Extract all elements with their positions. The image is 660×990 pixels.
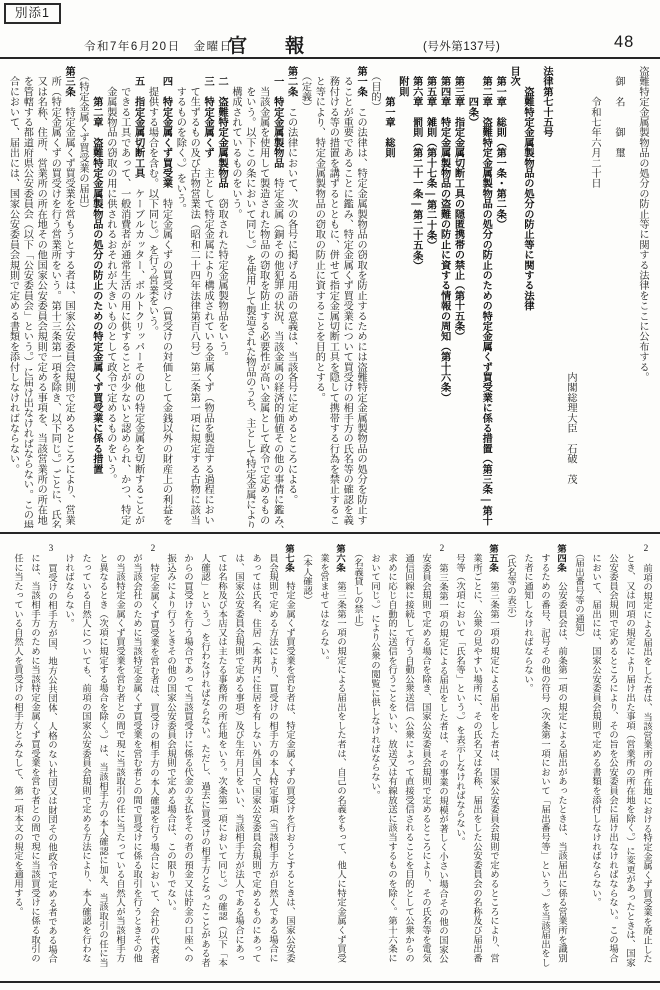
- text-column: 附則: [395, 66, 409, 528]
- text-column: するための番号、記号その他の符号（次条第一項において「届出番号等」という。）を当…: [535, 544, 552, 980]
- text-column: 務付ける等の措置を講ずるとともに、併せて指定金属切断工具を隠して携帯する行為を禁…: [325, 66, 339, 528]
- text-column: 2 第三条第一項の規定による届出をした者は、その事業の規模が著しく小さい場合その…: [433, 544, 450, 980]
- header-page-number: 48: [614, 33, 634, 52]
- text-column: 目次: [506, 66, 520, 528]
- text-column: 第五章 雑則（第十七条―第二十条）: [423, 66, 437, 528]
- text-column: 第一条 この法律は、特定金属製物品の窃取を防止するためには盗難特定金属製物品の処…: [353, 66, 367, 528]
- mid-divider-rule: [0, 532, 660, 534]
- text-column: （定義）: [298, 66, 312, 528]
- text-column: からの買受けを行う場合であって当該買受けに係る代金の支払をその者の預金又は貯金の…: [178, 544, 195, 980]
- text-column: 一 特定金属製物品 特定金属（銅その他犯罪の状況、当該金属の経済的価値その他の事…: [270, 66, 284, 528]
- header-date: 令和7年6月20日 金曜日: [84, 38, 233, 54]
- text-column: （届出番号等の通知）: [569, 544, 586, 980]
- text-column: 第二章 盗難特定金属製物品の処分の防止のための特定金属くず買受業に係る措置: [89, 66, 103, 528]
- text-column: 五 指定金属切断工具 ケーブルカッター、ボルトクリッパーその他の特定金属を切断す…: [131, 66, 145, 528]
- text-column: 当該金属を使用して製造された物品の窃取を防止する必要性が高い金属として政令で定め…: [256, 66, 270, 528]
- text-column: は、国家公安委員会規則で定める事項）及び生年月日をいい、当該相手方が法人である場…: [229, 544, 246, 980]
- text-column: 公安委員会規則で定めるところにより、その旨を公安委員会に届け出なければならない。…: [603, 544, 620, 980]
- header-divider-rule: [0, 57, 660, 59]
- header-issue-number: (号外第137号): [423, 38, 500, 54]
- text-column: 二 盗難特定金属製物品 窃取された特定金属製物品をいう。: [214, 66, 228, 528]
- text-column: 任に当たっている自然人を買受けの相手方とみなして、第一項本文の規定を適用する。: [8, 544, 25, 980]
- text-column: 三 特定金属くず 主として特定金属により構成されている金属くず（物品を製造する過…: [200, 66, 214, 528]
- text-column: できる工具であって、一般消費者が通常生活の用に供することが少ないと認められ、かつ…: [117, 66, 131, 528]
- text-column: 提供する場合を含む。以下同じ。）を行う営業をいう。: [145, 66, 159, 528]
- text-column: をいう。以下この条において同じ。）を使用して製造された物品のうち、主として特定金…: [242, 66, 256, 528]
- text-column: 第一章 総則（第一条・第二条）: [492, 66, 506, 528]
- text-column: 安委員会規則で定める場合を除き、国家公安委員会規則で定めるところにより、その氏名…: [416, 544, 433, 980]
- law-text-lower-block: 2 前項の規定による届出をした者は、当該営業所の所在地における特定金属くず買受業…: [6, 544, 654, 980]
- text-column: 業所ごとに、公衆の見やすい場所に、その氏名又は名称、届出をした公安委員会の名称及…: [467, 544, 484, 980]
- text-column: 構成されているものをいう。: [228, 66, 242, 528]
- text-column: と等により、特定金属製物品の窃取の防止に資することを目的とする。: [312, 66, 326, 528]
- text-column: 法律第七十五号: [534, 66, 558, 528]
- text-column: 盗難特定金属製物品の処分の防止等に関する法律をここに公布する。: [630, 66, 654, 528]
- text-column: が当該会社のために当該特定金属くず買受業を営む者との間で買受けに係る取引を行うと…: [127, 544, 144, 980]
- text-column: 四 特定金属くず買受業 特定金属くずの買受け（買受けの対価として金銭以外の財産上…: [159, 66, 173, 528]
- text-column: するものを除く。）をいう。: [172, 66, 186, 528]
- text-column: ることが重要であることに鑑み、特定金属くず買受業について買受けの相手方の氏名等の…: [339, 66, 353, 528]
- text-column: （目的）: [367, 66, 381, 528]
- text-column: 振込みにより行うときその他の国家公安委員会規則で定める場合は、この限りでない。: [161, 544, 178, 980]
- text-column: あっては氏名、住居（本邦内に住居を有しない外国人で国家公安委員会規則で定めるもの…: [246, 544, 263, 980]
- gazette-masthead: 官 報: [228, 31, 304, 58]
- text-column: 所（特定金属くずの買受けを行う営業所をいう。第十三条第一項を除き、以下同じ。）ご…: [47, 66, 61, 528]
- text-column: 3 買受けの相手方が国、地方公共団体、人格のない社団又は財団その他政令で定める者…: [42, 544, 59, 980]
- text-column: 四条）: [464, 66, 478, 528]
- text-column: ては名称及び本店又は主たる事務所の所在地をいう。次条第一項において同じ。）の確認…: [212, 544, 229, 980]
- text-column: において、届出には、国家公安委員会規則で定める書類を添付しなければならない。: [586, 544, 603, 980]
- text-column: 2 特定金属くず買受業を営む者は、買受けの相手方の本人確認を行う場合において、会…: [144, 544, 161, 980]
- text-column: 第三条 特定金属くず買受業を営もうとする者は、国家公安委員会規則で定めるところに…: [61, 66, 75, 528]
- text-column: とき、又は同項の規定により届け出た事項（営業所の所在地を除く。）に変更があったと…: [620, 544, 637, 980]
- text-column: には、当該相手方のために当該特定金属くず買受業を営む者との間で現に当該買受けに係…: [25, 544, 42, 980]
- text-column: 求めに応じ自動的に送信を行うことをいい、放送又は有線放送に該当するものを除く。第…: [382, 544, 399, 980]
- text-column: 金属製物品の窃取の用に供されるおそれが大きいものとして政令で定めるものをいう。: [103, 66, 117, 528]
- text-column: 第六章 罰則（第二十一条―第二十五条）: [409, 66, 423, 528]
- text-column: 通信回線に接続して行う自動公衆送信（公衆によって直接受信されることを目的として公…: [399, 544, 416, 980]
- text-column: 内閣総理大臣 石破 茂: [558, 66, 582, 528]
- text-column: 2 前項の規定による届出をした者は、当該営業所の所在地における特定金属くず買受業…: [637, 544, 654, 980]
- text-column: 業を営ませてはならない。: [314, 544, 331, 980]
- text-column: て生ずるもの及び古物営業法（昭和二十四年法律第百八号）第二条第一項に規定する古物…: [186, 66, 200, 528]
- text-column: 盗難特定金属製物品の処分の防止等に関する法律: [520, 66, 534, 528]
- text-column: 合において、届出には、国家公安委員会規則で定める書類を添付しなければならない。: [6, 66, 19, 528]
- text-column: ければならない。: [59, 544, 76, 980]
- text-column: （名義貸しの禁止）: [348, 544, 365, 980]
- text-column: 令和七年六月二十日: [582, 66, 606, 528]
- text-column: （本人確認）: [297, 544, 314, 980]
- text-column: 第二章 盗難特定金属製物品の処分の防止のための特定金属くず買受業に係る措置（第三…: [478, 66, 492, 528]
- text-column: おいて同じ。）により公衆の閲覧に供しなければならない。: [365, 544, 382, 980]
- text-column: 第六条 第三条第一項の規定による届出をした者は、自己の名義をもって、他人に特定金…: [331, 544, 348, 980]
- text-column: （氏名等の表示）: [501, 544, 518, 980]
- text-column: 第四章 特定金属製物品の盗難の防止に資する情報の周知（第十六条）: [437, 66, 451, 528]
- text-column: の当該特定金属くず買受業を営む者との間で現に当該取引の任に当たっている自然人が当…: [110, 544, 127, 980]
- text-column: 第三章 指定金属切断工具の隠匿携帯の禁止（第十五条）: [451, 66, 465, 528]
- text-column: 人確認」という。）を行わなければならない。ただし、過去に買受けの相手方となったこ…: [195, 544, 212, 980]
- text-column: 第五条 第三条第一項の規定による届出をした者は、国家公安委員会規則で定めるところ…: [484, 544, 501, 980]
- text-column: （特定金属くず買受業の届出）: [75, 66, 89, 528]
- text-column: を管轄する都道府県公安委員会（以下「公安委員会」という。）に届け出なければならな…: [19, 66, 33, 528]
- text-column: 又は名称、住所、営業所の所在地その他国家公安委員会規則で定める事項を、当該営業所…: [33, 66, 47, 528]
- gazette-header: 令和7年6月20日 金曜日 官 報 (号外第137号) 48: [0, 0, 660, 57]
- text-column: 第七条 特定金属くず買受業を営む者は、特定金属くずの買受けを行おうとするときは、…: [280, 544, 297, 980]
- text-column: 号等（次項において「氏名等」という。）を表示しなければならない。: [450, 544, 467, 980]
- text-column: たっている自然人についても、前項の国家公安委員会規則で定める方法により、本人確認…: [76, 544, 93, 980]
- text-column: 御 名 御 璽: [606, 66, 630, 528]
- law-text-upper-block: 盗難特定金属製物品の処分の防止等に関する法律をここに公布する。 御 名 御 璽 …: [6, 66, 654, 528]
- text-column: と異なるとき（次項に規定する場合を除く。）は、当該相手方の本人確認に加え、当該取…: [93, 544, 110, 980]
- text-column: 第二条 この法律において、次の各号に掲げる用語の意義は、当該各号に定めるところに…: [284, 66, 298, 528]
- text-column: 第一章 総則: [381, 66, 395, 528]
- text-column: た者に通知しなければならない。: [518, 544, 535, 980]
- text-column: 員会規則で定める方法により、買受けの相手方の本人特定事項（当該相手方が自然人であ…: [263, 544, 280, 980]
- bottom-border-rule: [0, 981, 660, 983]
- text-column: 第四条 公安委員会は、前条第一項の規定による届出があったときは、当該届出に係る営…: [552, 544, 569, 980]
